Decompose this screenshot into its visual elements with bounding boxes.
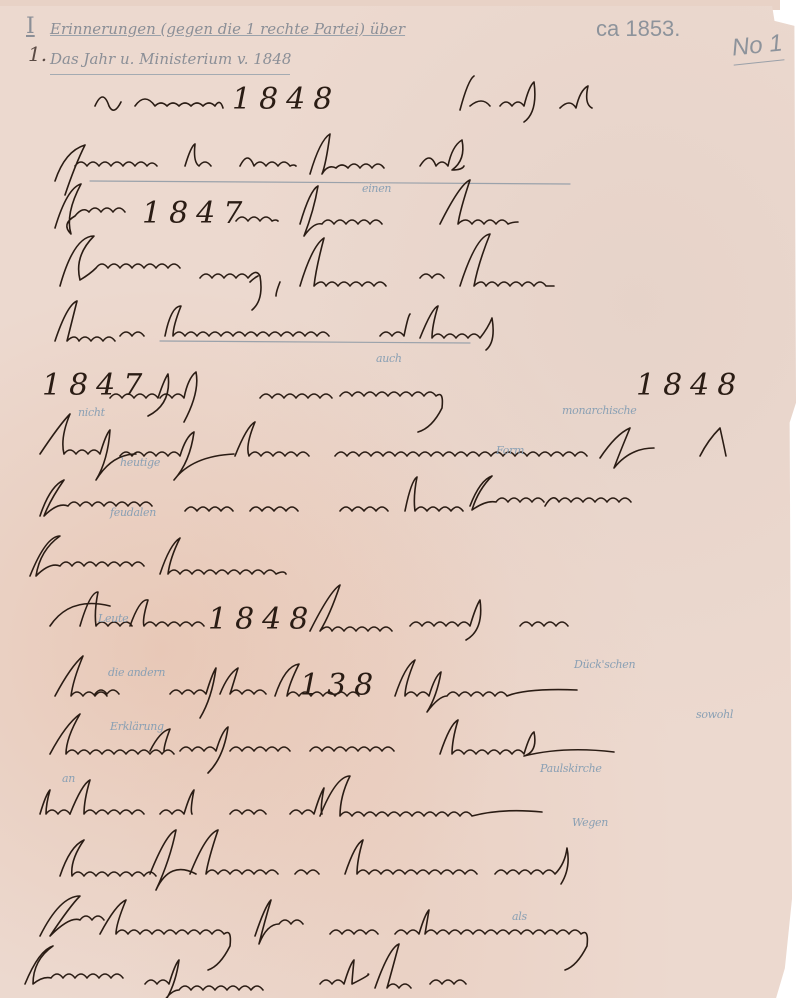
annotation-einen: einen [362, 182, 391, 195]
body-line-2: sogenannte liberale Parthei des [55, 146, 71, 147]
annotation-leute: Leute [98, 612, 128, 625]
year-1847-line-6: 1847 [42, 368, 150, 403]
year-1848-line-10: 1848 [208, 602, 316, 637]
annotation-die-andern: die andern [108, 666, 165, 679]
annotation-feudalen: feudalen [110, 506, 156, 519]
body-line-7: nicht begriffen daß der monarchische [40, 426, 59, 427]
annotation-erklaerung: Erklärung [110, 720, 164, 733]
body-line-16: die Bewegung des was als Erinnerung [40, 906, 59, 907]
body-line-13: Erklärung zu finden unsere Gemeinschaft [40, 781, 61, 782]
annotation-monarchische: monarchische [562, 404, 637, 417]
handwriting-strokes [0, 6, 800, 1004]
number-138-line-12: 138 [300, 668, 381, 703]
annotation-sowohl: sowohl [696, 708, 733, 721]
annotation-wegen: Wegen [572, 816, 608, 829]
body-line-10: Der Sommer 1848 haben gerade die [50, 601, 68, 602]
annotation-als: als [512, 910, 527, 923]
body-line-14: in Berlin als in der Paulskirche [40, 806, 56, 807]
annotation-an: an [62, 772, 75, 785]
body-line-17: Elemente gestiftet, als sie ein [25, 961, 40, 962]
year-1848-line-6: 1848 [636, 368, 744, 403]
annotation-form: Form [496, 444, 524, 457]
annotation-auch: auch [376, 352, 402, 365]
year-1847-line-3: 1847 [142, 196, 250, 231]
annotation-dueckschen: Dück'schen [574, 658, 635, 671]
body-line-12: Die Mitglieder der 138 der Brückenstrass… [50, 718, 72, 719]
body-line-8: Europa zum andern Mann seine [40, 484, 56, 485]
body-line-6: 1847, welche auch im März 1848 [42, 371, 59, 372]
body-line-11: Theile auf die Rechte sich gespalten [55, 661, 73, 662]
body-line-5: theil die Conservativen des Jahres [55, 311, 72, 312]
year-1848-line-1: 1848 [232, 82, 340, 117]
body-line-9: Elemente bedürfe. [30, 541, 39, 542]
annotation-nicht: nicht [78, 406, 105, 419]
body-line-3: Jahres 1847 einen politischen Bau- [55, 201, 73, 202]
manuscript-page: I 1. Erinnerungen (gegen die 1 rechte Pa… [0, 6, 796, 998]
body-line-1: Der Sommer 1848 hat nicht die [90, 86, 106, 87]
body-line-15: Gegen sie haben die Anträge und [60, 846, 77, 847]
body-line-4: schwung gemacht, sondern im Gegen- [55, 256, 74, 257]
annotation-heutige: heutige [120, 456, 160, 469]
annotation-paulskirche: Paulskirche [540, 762, 602, 775]
